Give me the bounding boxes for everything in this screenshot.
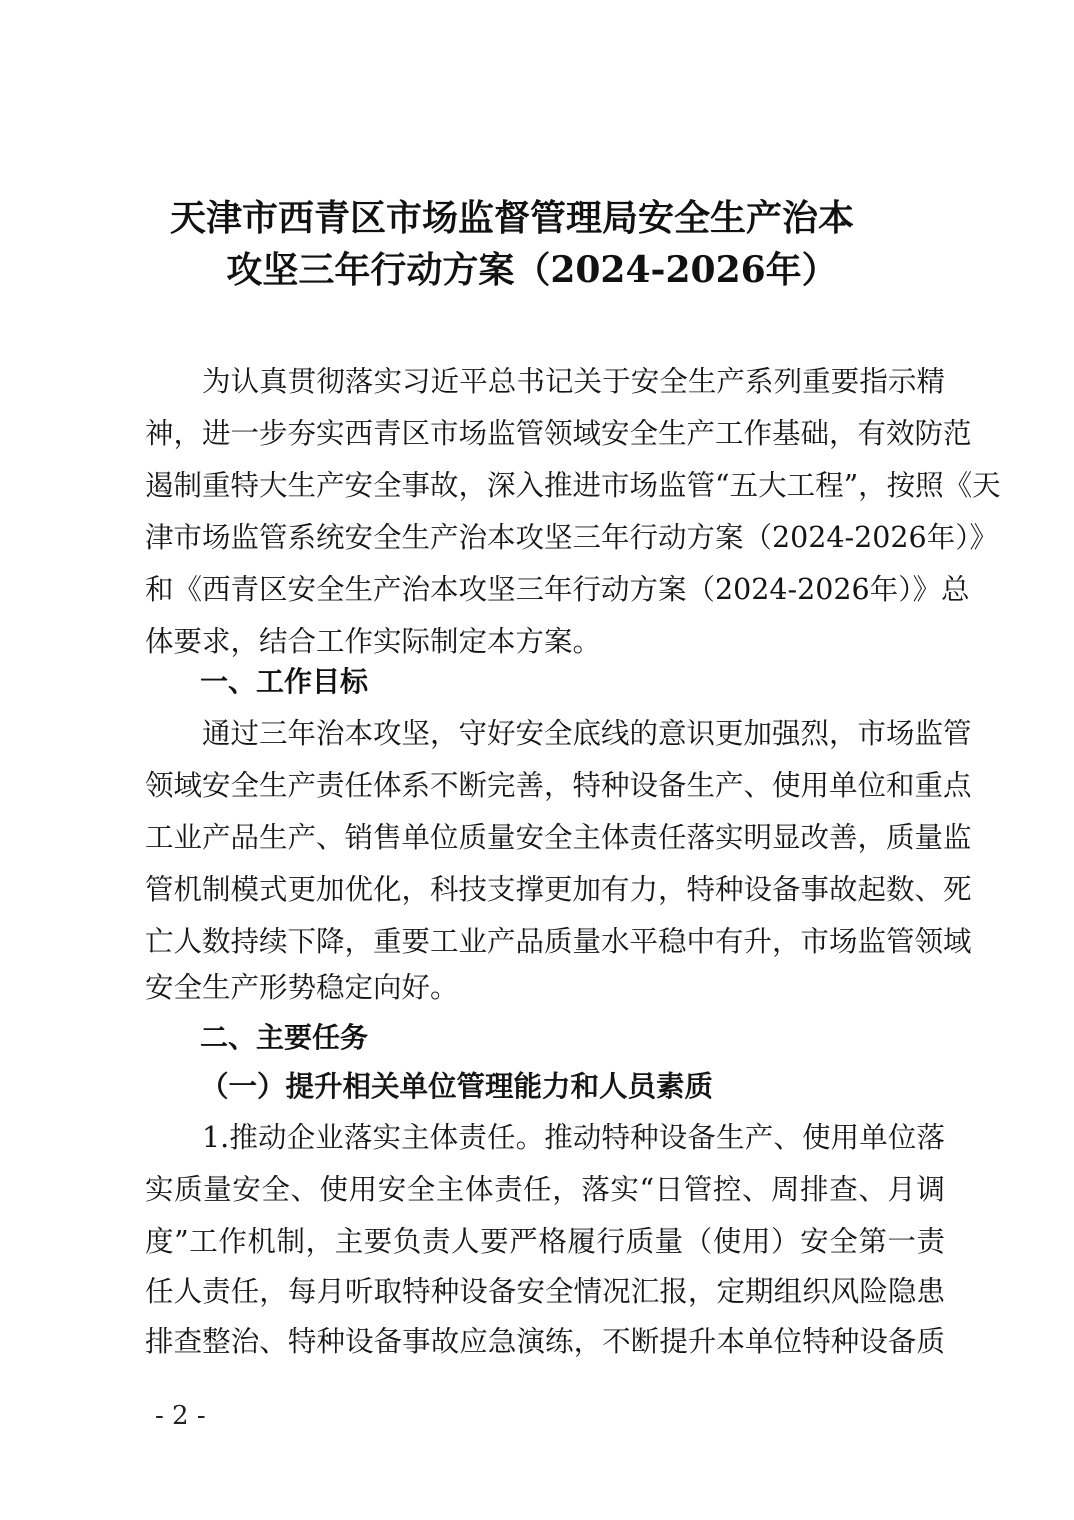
subsection-heading: （一）提升相关单位管理能力和人员素质: [200, 1060, 713, 1112]
document-title-line-1: 天津市西青区市场监督管理局安全生产治本: [0, 192, 1049, 244]
intro-paragraph-line: 神，进一步夯实西青区市场监管领域安全生产工作基础，有效防范: [145, 408, 945, 460]
section1-paragraph-line: 亡人数持续下降，重要工业产品质量水平稳中有升，市场监管领域: [145, 916, 945, 968]
intro-paragraph-line: 和《西青区安全生产治本攻坚三年行动方案（2024-2026年）》总: [145, 564, 945, 616]
intro-paragraph-line: 津市场监管系统安全生产治本攻坚三年行动方案（2024-2026年）》: [145, 512, 945, 564]
intro-paragraph-line: 遏制重特大生产安全事故，深入推进市场监管“五大工程”，按照《天: [145, 460, 945, 512]
page-number: - 2 -: [155, 1398, 206, 1434]
section1-paragraph-line: 安全生产形势稳定向好。: [145, 962, 945, 1014]
section2-paragraph-line: 任人责任，每月听取特种设备安全情况汇报，定期组织风险隐患: [145, 1266, 945, 1318]
document-title-line-2: 攻坚三年行动方案（2024-2026年）: [0, 244, 1069, 296]
section1-paragraph-line: 通过三年治本攻坚，守好安全底线的意识更加强烈，市场监管: [202, 708, 945, 760]
section2-paragraph-line: 排查整治、特种设备事故应急演练，不断提升本单位特种设备质: [145, 1316, 945, 1368]
section1-paragraph-line: 领域安全生产责任体系不断完善，特种设备生产、使用单位和重点: [145, 760, 945, 812]
section1-paragraph-line: 工业产品生产、销售单位质量安全主体责任落实明显改善，质量监: [145, 812, 945, 864]
section1-paragraph-line: 管机制模式更加优化，科技支撑更加有力，特种设备事故起数、死: [145, 864, 945, 916]
section2-paragraph-line: 实质量安全、使用安全主体责任，落实“日管控、周排查、月调: [145, 1164, 945, 1216]
document-page: 天津市西青区市场监督管理局安全生产治本 攻坚三年行动方案（2024-2026年）…: [0, 0, 1074, 1520]
section2-paragraph-line: 1.推动企业落实主体责任。推动特种设备生产、使用单位落: [202, 1112, 945, 1164]
intro-paragraph-line: 为认真贯彻落实习近平总书记关于安全生产系列重要指示精: [202, 356, 945, 408]
section-heading-main-tasks: 二、主要任务: [200, 1012, 368, 1064]
section-heading-work-goals: 一、工作目标: [200, 656, 368, 708]
section2-paragraph-line: 度”工作机制，主要负责人要严格履行质量（使用）安全第一责: [145, 1216, 945, 1268]
